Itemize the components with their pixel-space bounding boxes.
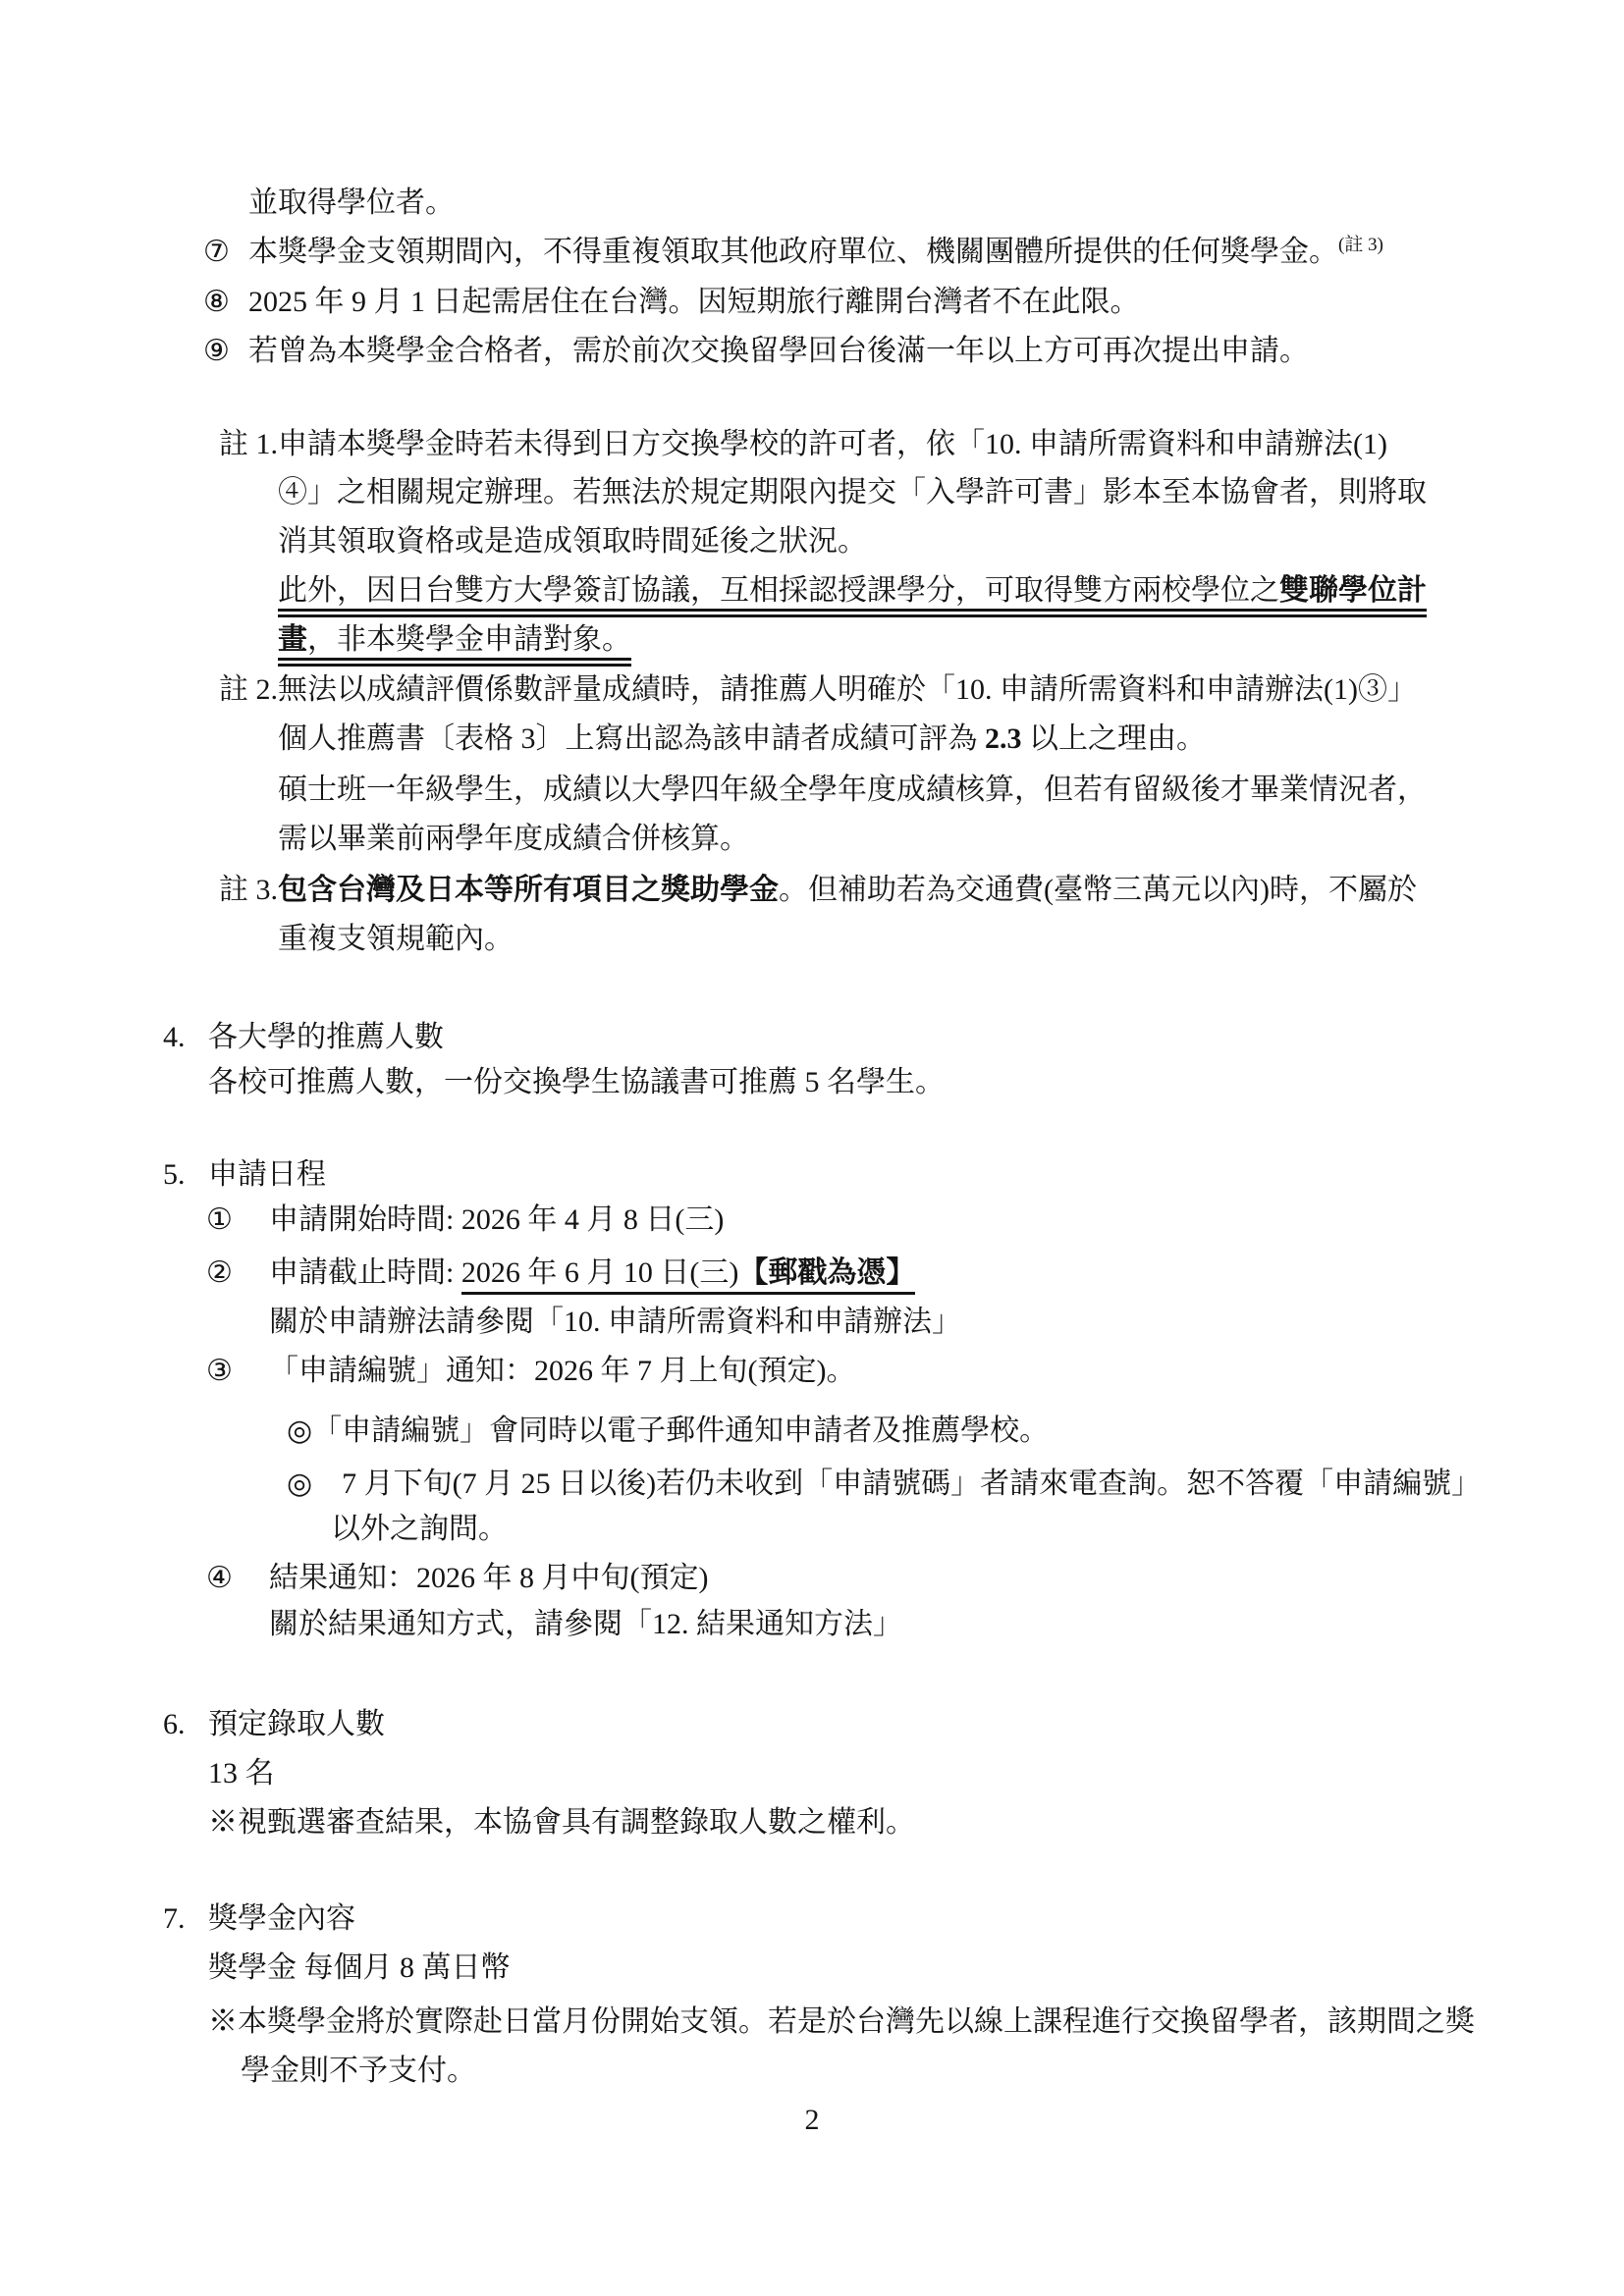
section5-item2-note: 關於申請辦法請參閱「10. 申請所需資料和申請辦法」 [269, 1297, 961, 1347]
circled-1-marker: ① [206, 1195, 269, 1245]
note3-line1-bold: 包含台灣及日本等所有項目之獎助學金 [278, 874, 779, 906]
section4-heading: 4.各大學的推薦人數 [163, 1012, 444, 1062]
eligibility-item-7-text: 本獎學金支領期間內，不得重複領取其他政府單位、機關團體所提供的任何獎學金。 [248, 236, 1338, 268]
section5-item3-sub1: ◎「申請編號」會同時以電子郵件通知申請者及推薦學校。 [287, 1406, 1049, 1456]
section6-number: 6. [163, 1699, 208, 1749]
eligibility-item-8: ⑧2025 年 9 月 1 日起需居住在台灣。因短期旅行離開台灣者不在此限。 [203, 277, 1140, 327]
note1-line2: ④」之相關規定辦理。若無法於規定期限內提交「入學許可書」影本至本協會者，則將取 [278, 467, 1427, 517]
note1-line1: 註 1.申請本獎學金時若未得到日方交換學校的許可者，依「10. 申請所需資料和申… [219, 419, 1387, 469]
note1-line5-bold: 畫 [278, 623, 307, 656]
note2-line1-text: 無法以成績評價係數評量成績時，請推薦人明確於「10. 申請所需資料和申請辦法(1… [278, 673, 1417, 706]
eligibility-item-7: ⑦本獎學金支領期間內，不得重複領取其他政府單位、機關團體所提供的任何獎學金。(註… [203, 227, 1383, 281]
note1-line4-bold: 雙聯學位計 [1279, 574, 1427, 607]
section7-title: 獎學金內容 [208, 1902, 355, 1935]
section5-item3: ③「申請編號」通知：2026 年 7 月上旬(預定)。 [206, 1346, 855, 1396]
postmark-notice-bold: 【郵戳為憑】 [738, 1256, 915, 1289]
section5-item4-text: 結果通知：2026 年 8 月中旬(預定) [269, 1562, 708, 1594]
section5-item2-prefix: 申請截止時間: [269, 1256, 461, 1289]
section5-item1-text: 申請開始時間: 2026 年 4 月 8 日(三) [269, 1203, 724, 1236]
section4-body-line1: 各校可推薦人數，一份交換學生協議書可推薦 5 名學生。 [208, 1057, 945, 1107]
section7-heading: 7.獎學金內容 [163, 1894, 355, 1944]
note2-line2-pre: 個人推薦書〔表格 3〕上寫出認為該申請者成績可評為 [278, 722, 985, 755]
section6-heading: 6.預定錄取人數 [163, 1699, 385, 1749]
note2-line2-post: 以上之理由。 [1022, 722, 1207, 755]
section5-heading: 5.申請日程 [163, 1149, 326, 1200]
page-number: 2 [0, 2095, 1624, 2145]
section5-item4-note: 關於結果通知方式，請參閱「12. 結果通知方法」 [269, 1599, 902, 1649]
section5-item2: ②申請截止時間: 2026 年 6 月 10 日(三)【郵戳為憑】 [206, 1248, 915, 1298]
circled-2-marker: ② [206, 1248, 269, 1298]
underlined-deadline: 2026 年 6 月 10 日(三)【郵戳為憑】 [461, 1256, 915, 1295]
section4-number: 4. [163, 1012, 208, 1062]
eligibility-item-9-text: 若曾為本獎學金合格者，需於前次交換留學回台後滿一年以上方可再次提出申請。 [248, 335, 1309, 367]
note1-line5-regular: ，非本獎學金申請對象。 [307, 623, 631, 656]
circled-9-marker: ⑨ [203, 326, 248, 376]
section5-item4: ④結果通知：2026 年 8 月中旬(預定) [206, 1553, 708, 1603]
circled-8-marker: ⑧ [203, 277, 248, 327]
section5-item2-date: 2026 年 6 月 10 日(三) [461, 1256, 738, 1289]
note1-label: 註 1. [219, 419, 278, 469]
note2-line2: 個人推薦書〔表格 3〕上寫出認為該申請者成績可評為 2.3 以上之理由。 [278, 714, 1206, 764]
section7-number: 7. [163, 1894, 208, 1944]
note1-line1-text: 申請本獎學金時若未得到日方交換學校的許可者，依「10. 申請所需資料和申請辦法(… [278, 428, 1387, 460]
circled-4-marker: ④ [206, 1553, 269, 1603]
note1-line4: 此外，因日台雙方大學簽訂協議，互相採認授課學分，可取得雙方兩校學位之雙聯學位計 [278, 565, 1427, 615]
circled-3-marker: ③ [206, 1346, 269, 1396]
section5-item1: ①申請開始時間: 2026 年 4 月 8 日(三) [206, 1195, 724, 1245]
note2-line2-bold: 2.3 [985, 722, 1022, 755]
eligibility-item-8-text: 2025 年 9 月 1 日起需居住在台灣。因短期旅行離開台灣者不在此限。 [248, 286, 1140, 318]
note2-line4: 需以畢業前兩學年度成績合併核算。 [278, 814, 749, 864]
section6-title: 預定錄取人數 [208, 1708, 385, 1740]
note3-reference-superscript: (註 3) [1338, 235, 1383, 255]
section4-title: 各大學的推薦人數 [208, 1021, 444, 1053]
note2-line1: 註 2.無法以成績評價係數評量成績時，請推薦人明確於「10. 申請所需資料和申請… [219, 665, 1417, 715]
section7-body-line3: 學金則不予支付。 [241, 2046, 476, 2096]
note2-line3: 碩士班一年級學生，成績以大學四年級全學年度成績核算，但若有留級後才畢業情況者， [278, 765, 1427, 815]
section5-title: 申請日程 [208, 1158, 326, 1191]
note2-label: 註 2. [219, 665, 278, 715]
section5-item3-sub2-line1: ◎ 7 月下旬(7 月 25 日以後)若仍未收到「申請號碼」者請來電查詢。恕不答… [287, 1459, 1481, 1509]
note3-line1: 註 3.包含台灣及日本等所有項目之獎助學金。但補助若為交通費(臺幣三萬元以內)時… [219, 865, 1417, 915]
note1-line4-regular: 此外，因日台雙方大學簽訂協議，互相採認授課學分，可取得雙方兩校學位之 [278, 574, 1279, 607]
note1-line3: 消其領取資格或是造成領取時間延後之狀況。 [278, 516, 867, 566]
section7-body-line1: 獎學金 每個月 8 萬日幣 [208, 1943, 511, 1993]
section6-body-line2: ※視甄選審查結果，本協會具有調整錄取人數之權利。 [208, 1797, 915, 1847]
eligibility-item-9: ⑨若曾為本獎學金合格者，需於前次交換留學回台後滿一年以上方可再次提出申請。 [203, 326, 1309, 376]
eligibility-continuation-line: 並取得學位者。 [248, 178, 455, 228]
section6-body-line1: 13 名 [208, 1748, 275, 1798]
note3-line2: 重複支領規範內。 [278, 914, 514, 964]
section5-item3-text: 「申請編號」通知：2026 年 7 月上旬(預定)。 [269, 1355, 855, 1387]
note3-line1-regular: 。但補助若為交通費(臺幣三萬元以內)時，不屬於 [779, 874, 1417, 906]
note3-label: 註 3. [219, 865, 278, 915]
section5-item3-sub2-line2: 以外之詢問。 [331, 1504, 508, 1554]
circled-7-marker: ⑦ [203, 227, 248, 277]
double-underlined-text: 此外，因日台雙方大學簽訂協議，互相採認授課學分，可取得雙方兩校學位之雙聯學位計 [278, 574, 1427, 617]
note1-line5: 畫，非本獎學金申請對象。 [278, 614, 631, 665]
double-underlined-text: 畫，非本獎學金申請對象。 [278, 623, 631, 667]
section5-number: 5. [163, 1149, 208, 1200]
section7-body-line2: ※本獎學金將於實際赴日當月份開始支領。若是於台灣先以線上課程進行交換留學者，該期… [208, 1997, 1475, 2047]
